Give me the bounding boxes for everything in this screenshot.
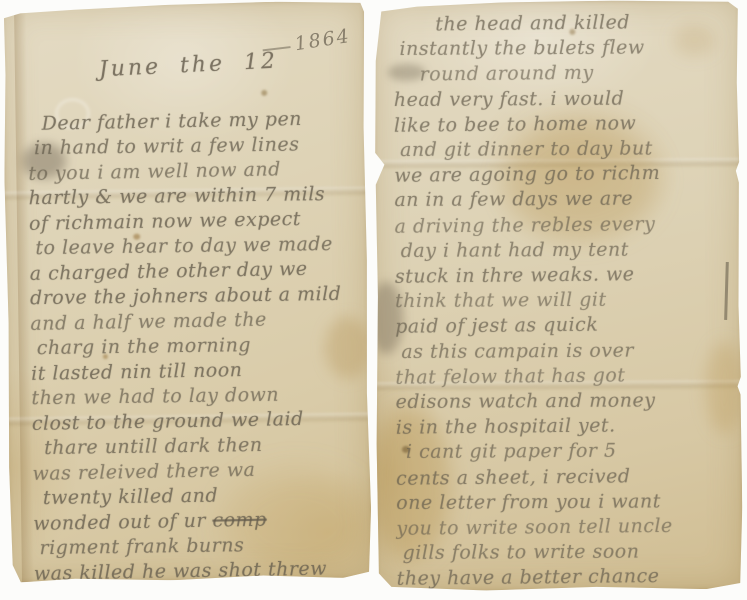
letter-line: they have a better chance xyxy=(397,564,739,591)
letter-page-1: 1864 June the 12 Dear father i take my p… xyxy=(2,1,372,583)
letter-dateline: June the 12 xyxy=(98,49,278,83)
letter-line: day i hant had my tent xyxy=(401,237,737,264)
letter-body-page-1: Dear father i take my penin hand to writ… xyxy=(27,107,368,583)
letter-line: instantly the bulets flew xyxy=(399,35,735,62)
letter-line: a driving the rebles every xyxy=(394,211,736,240)
letter-line: that felow that has got xyxy=(395,362,737,391)
letter-line: you to write soon tell uncle xyxy=(396,513,738,542)
letter-line: edisons watch and money xyxy=(396,388,738,415)
letter-line: head very fast. i would xyxy=(394,86,736,113)
fox-spot xyxy=(261,90,267,96)
letter-line: we are agoing go to richm xyxy=(394,160,736,189)
letter-line: is in the hospitail yet. xyxy=(396,412,738,441)
letter-line: think that we will git xyxy=(395,287,737,314)
letter-body-page-2: the head and killedinstantly the bulets … xyxy=(393,10,739,591)
letter-year: 1864 xyxy=(293,25,352,55)
letter-line: the head and killed xyxy=(435,9,735,37)
letter-line: paid of jest as quick xyxy=(395,312,737,341)
strikethrough-word: comp xyxy=(212,509,267,532)
letter-line: like to bee to home now xyxy=(394,110,736,139)
letter-line: round around my xyxy=(420,60,736,89)
letter-scan: 1864 June the 12 Dear father i take my p… xyxy=(0,0,747,600)
letter-line: stuck in thre weaks. we xyxy=(395,261,737,290)
letter-line: and git dinner to day but xyxy=(400,136,736,163)
letter-line: an in a few days we are xyxy=(394,186,736,213)
letter-line: as this campain is over xyxy=(401,338,737,365)
letter-line: i cant git paper for 5 xyxy=(406,438,738,465)
letter-page-2: the head and killedinstantly the bulets … xyxy=(373,0,743,591)
letter-line: gills folks to write soon xyxy=(402,539,738,566)
letter-line: cents a sheet, i recived xyxy=(396,463,738,492)
letter-line: one letter from you i want xyxy=(396,489,738,516)
